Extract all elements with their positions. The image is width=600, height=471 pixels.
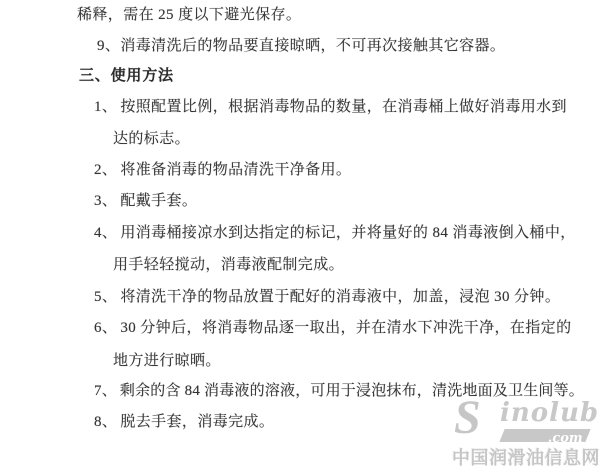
document-line: 稀释，需在 25 度以下避光保存。 [77, 5, 301, 25]
line-text: 配戴手套。 [120, 193, 197, 209]
line-text: 使用方法 [111, 68, 174, 84]
line-text: 用消毒桶接凉水到达指定的标记，并将量好的 84 消毒液倒入桶中， [120, 225, 575, 241]
document-line: 2、将准备消毒的物品清洗干净备用。 [94, 160, 351, 180]
line-text: 将准备消毒的物品清洗干净备用。 [120, 162, 351, 178]
line-text: 剩余的含 84 消毒液的溶液，可用于浸泡抹布，清洗地面及卫生间等。 [120, 383, 584, 399]
document-line: 3、配戴手套。 [94, 191, 197, 211]
sinolub-logo-dotcom: .com [548, 432, 587, 445]
line-marker: 8、 [94, 412, 117, 432]
line-marker: 4、 [94, 223, 117, 243]
line-marker: 1、 [94, 97, 117, 117]
line-marker: 7、 [94, 381, 117, 401]
sinolub-logo-bar: .com [499, 429, 590, 442]
line-text: 按照配置比例，根据消毒物品的数量，在消毒桶上做好消毒用水到 [120, 99, 567, 115]
line-marker: 2、 [94, 160, 117, 180]
line-marker: 9、 [97, 36, 120, 56]
sinolub-watermark: S inolub .com 中国润滑油信息网 [452, 396, 600, 471]
section-heading: 三、使用方法 [79, 66, 174, 86]
document-line: 用手轻轻搅动，消毒液配制完成。 [113, 255, 344, 275]
document-line: 1、按照配置比例，根据消毒物品的数量，在消毒桶上做好消毒用水到 [94, 97, 567, 117]
line-text: 脱去手套，消毒完成。 [120, 414, 274, 430]
line-text: 达的标志。 [113, 131, 190, 147]
document-line: 7、剩余的含 84 消毒液的溶液，可用于浸泡抹布，清洗地面及卫生间等。 [94, 381, 584, 401]
watermark-site-name: 中国润滑油信息网 [452, 444, 600, 470]
document-line: 4、用消毒桶接凉水到达指定的标记，并将量好的 84 消毒液倒入桶中， [94, 223, 576, 243]
line-text: 地方进行晾晒。 [113, 353, 221, 369]
line-marker: 3、 [94, 191, 117, 211]
document-line: 达的标志。 [113, 129, 190, 149]
sinolub-logo-text: inolub [500, 398, 599, 428]
line-text: 30 分钟后，将消毒物品逐一取出，并在清水下冲洗干净，在指定的 [120, 320, 571, 336]
line-marker: 5、 [94, 287, 117, 307]
line-marker: 6、 [94, 318, 117, 338]
document-line: 9、消毒清洗后的物品要直接晾晒，不可再次接触其它容器。 [97, 36, 505, 56]
line-text: 稀释，需在 25 度以下避光保存。 [77, 7, 301, 23]
document-line: 8、脱去手套，消毒完成。 [94, 412, 274, 432]
document-line: 5、将清洗干净的物品放置于配好的消毒液中，加盖，浸泡 30 分钟。 [94, 287, 560, 307]
line-text: 将清洗干净的物品放置于配好的消毒液中，加盖，浸泡 30 分钟。 [120, 289, 560, 305]
document-page: 稀释，需在 25 度以下避光保存。 9、消毒清洗后的物品要直接晾晒，不可再次接触… [0, 0, 600, 471]
line-text: 用手轻轻搅动，消毒液配制完成。 [113, 257, 344, 273]
document-line: 6、30 分钟后，将消毒物品逐一取出，并在清水下冲洗干净，在指定的 [94, 318, 571, 338]
document-line: 地方进行晾晒。 [113, 351, 221, 371]
line-text: 消毒清洗后的物品要直接晾晒，不可再次接触其它容器。 [120, 38, 505, 54]
line-marker: 三、 [79, 66, 111, 86]
